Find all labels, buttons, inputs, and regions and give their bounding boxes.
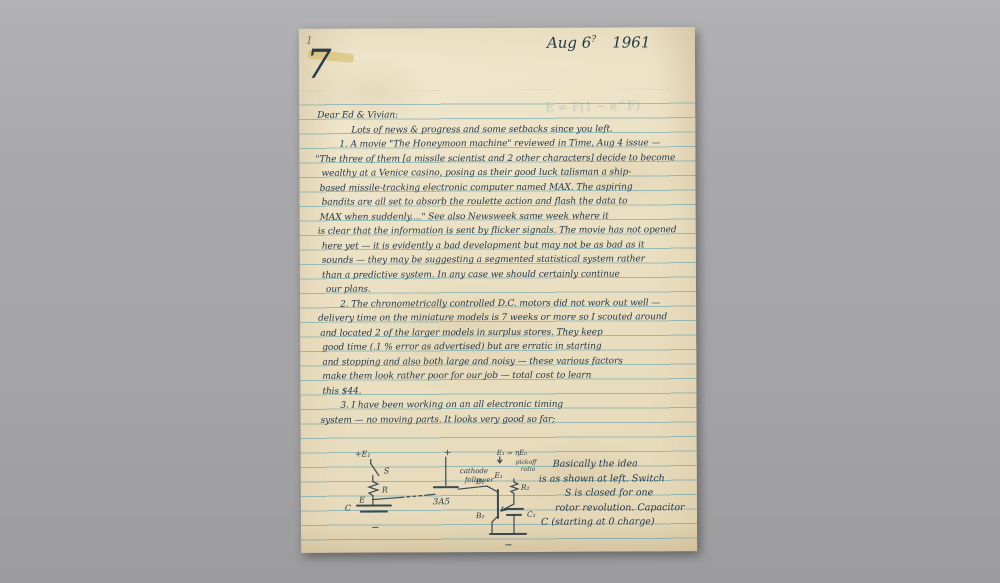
letter-line: wealthy at a Venice casino, posing as th… [315, 165, 691, 181]
letter-body: Dear Ed & Vivian:Lots of news & progress… [315, 107, 692, 428]
letter-line: 3. I have been working on an all electro… [316, 397, 692, 413]
switch-symbol [371, 464, 379, 476]
resistor-symbol [369, 482, 378, 500]
circuit-label-r2: R₂ [520, 483, 530, 492]
circuit-wire [492, 516, 498, 533]
letter-line: "The three of them [a missile scientist … [315, 151, 691, 167]
letter-line: here yet — it is evidently a bad develop… [316, 238, 692, 254]
circuit-wire [373, 497, 401, 499]
circuit-label-tube: 3A5 [433, 497, 450, 507]
corner-ink-mark: 7 [306, 45, 332, 85]
circuit-wire-dashed [401, 495, 425, 497]
letter-line: Lots of news & progress and some setback… [315, 122, 691, 138]
letter-line: 2. The chronometrically controlled D.C. … [316, 296, 692, 312]
letter-line: Dear Ed & Vivian: [315, 107, 691, 123]
circuit-label-cathode: cathode [460, 467, 488, 475]
letter-line: and stopping and also both large and noi… [316, 354, 692, 370]
annotation-line: Basically the idea [539, 457, 697, 472]
letter-line: sounds — they may be suggesting a segmen… [316, 252, 692, 268]
circuit-label-e1: E₁ [493, 471, 503, 480]
circuit-label-c2: C₂ [527, 510, 536, 519]
letter-line: MAX when suddenly...." See also Newsweek… [316, 209, 692, 225]
letter-line: system — no moving parts. It looks very … [317, 412, 693, 428]
circuit-label-switch: S [384, 466, 390, 475]
diagram-annotation: Basically the ideais as shown at left. S… [539, 457, 697, 530]
letter-line: based missile-tracking electronic comput… [316, 180, 692, 196]
letter-line: good time (.1 % error as advertised) but… [316, 339, 692, 355]
circuit-label-minus-right: − [504, 540, 512, 551]
circuit-label-plus-mid: + [444, 448, 452, 458]
scan-background: 1 7 Aug 6?1961 E = F(1 − e^F) Dear Ed & … [0, 0, 1000, 583]
circuit-label-b1: B₁ [475, 477, 485, 486]
circuit-label-resistor: R [381, 485, 388, 494]
letter-page: 1 7 Aug 6?1961 E = F(1 − e^F) Dear Ed & … [299, 27, 697, 553]
letter-line: this $44. [316, 383, 692, 399]
circuit-label-minus-left: − [371, 523, 379, 534]
annotation-line: S is closed for one [539, 486, 697, 501]
letter-line: delivery time on the miniature models is… [316, 310, 692, 326]
resistor-r2-symbol [511, 479, 518, 504]
circuit-wire [487, 486, 498, 492]
annotation-line: is as shown at left. Switch [539, 472, 697, 487]
circuit-label-pickoff-eq: E₁ = ηE₀ [496, 449, 528, 457]
date-month-day: Aug 6 [547, 34, 592, 52]
circuit-label-ratio: ratio [521, 466, 536, 473]
circuit-diagram: +E₁ S R E C − + 3A5 cathode follower [311, 446, 543, 551]
circuit-label-plus-e1: +E₁ [355, 450, 371, 459]
date: Aug 6?1961 [547, 33, 651, 51]
circuit-wire [458, 486, 487, 489]
annotation-line: C (starting at 0 charge) [539, 515, 697, 530]
date-query-mark: ? [591, 35, 596, 45]
circuit-label-b2: B₂ [475, 511, 485, 520]
circuit-label-node-e: E [358, 496, 365, 505]
letter-line: than a predictive system. In any case we… [316, 267, 692, 283]
letter-line: make them look rather poor for our job —… [316, 368, 692, 384]
letter-line: bandits are all set to absorb the roulet… [316, 194, 692, 210]
date-year: 1961 [612, 33, 650, 51]
letter-line: and located 2 of the larger models in su… [316, 325, 692, 341]
letter-line: 1. A movie "The Honeymoon machine" revie… [315, 136, 691, 152]
letter-line: is clear that the information is sent by… [316, 223, 692, 239]
pickoff-arrow [498, 457, 502, 463]
circuit-label-cap-c: C [345, 504, 351, 513]
circuit-wire [425, 494, 435, 495]
letter-line: our plans. [316, 281, 692, 297]
annotation-line: rotor revolution. Capacitor [539, 501, 697, 516]
